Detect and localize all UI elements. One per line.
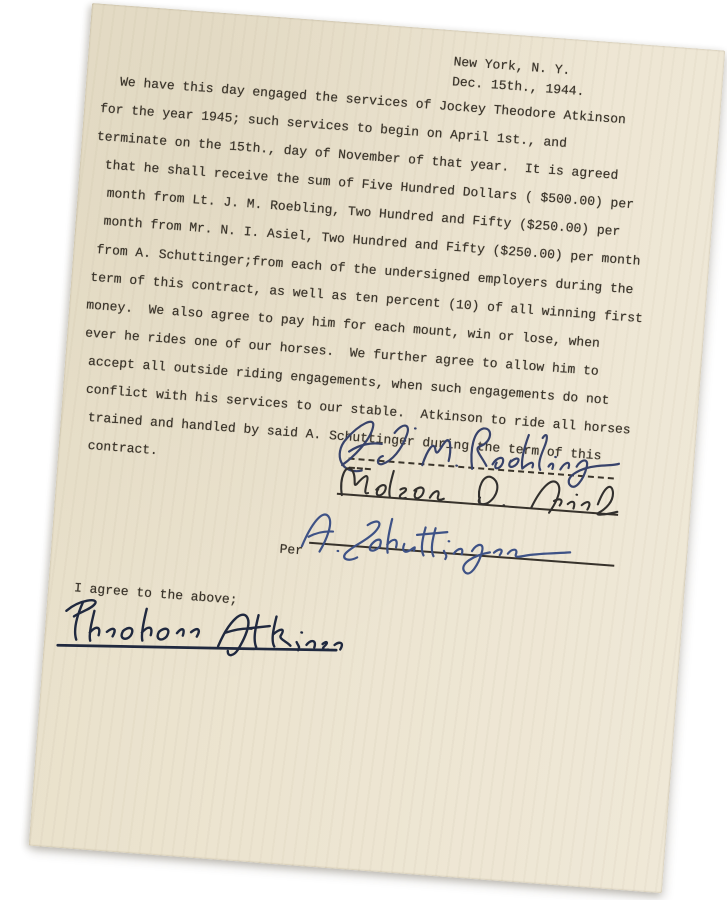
signature-schuttinger-strokes bbox=[301, 512, 572, 581]
paper-sheet: New York, N. Y. Dec. 15th., 1944. We hav… bbox=[29, 3, 726, 893]
scan-background: New York, N. Y. Dec. 15th., 1944. We hav… bbox=[0, 0, 727, 900]
contract-body: We have this day engaged the services of… bbox=[72, 67, 700, 504]
agreement-statement: I agree to the above; bbox=[73, 574, 238, 614]
per-label: Per bbox=[278, 536, 303, 566]
signature-line-schuttinger bbox=[309, 542, 614, 567]
